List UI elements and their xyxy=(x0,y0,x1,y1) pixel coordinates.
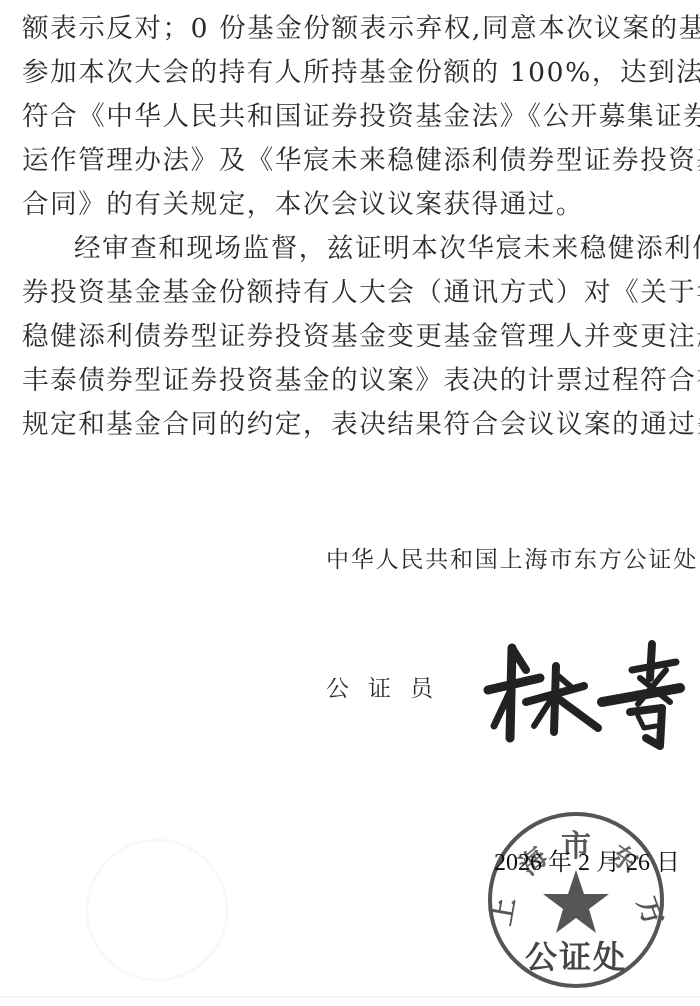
svg-text:上: 上 xyxy=(484,895,521,928)
paragraph-2-line-5: 规定和基金合同的约定，表决结果符合会议议案的通过条件。 xyxy=(22,410,682,440)
star-icon xyxy=(543,870,609,933)
seal-bottom-text: 公证处 xyxy=(525,938,627,976)
paragraph-2-line-4: 丰泰债券型证券投资基金的议案》表决的计票过程符合有关法律 xyxy=(22,366,682,396)
faint-seal-impression xyxy=(82,830,232,990)
notarization-date: 2026 年 2 月 26 日 xyxy=(494,842,680,877)
paragraph-1-line-3: 符合《中华人民共和国证券投资基金法》《公开募集证券投资基金 xyxy=(22,102,682,132)
paragraph-2-line-1: 经审查和现场监督，兹证明本次华宸未来稳健添利债券型证 xyxy=(74,234,682,264)
paragraph-1-line-4: 运作管理办法》及《华宸未来稳健添利债券型证券投资基金基金 xyxy=(22,146,682,176)
paragraph-1-line-1: 额表示反对；0 份基金份额表示弃权,同意本次议案的基金份额占 xyxy=(22,14,682,44)
svg-text:方: 方 xyxy=(631,892,668,930)
handwritten-signature xyxy=(480,630,690,750)
paragraph-1-line-5: 合同》的有关规定，本次会议议案获得通过。 xyxy=(22,190,682,220)
paragraph-2-line-2: 券投资基金基金份额持有人大会（通讯方式）对《关于华宸未来 xyxy=(22,278,682,308)
official-seal: 市 海 东 上 方 公证处 xyxy=(484,808,668,992)
notary-office-name: 中华人民共和国上海市东方公证处 xyxy=(326,541,698,574)
notary-label: 公证员 xyxy=(326,670,452,703)
paragraph-1-line-2: 参加本次大会的持有人所持基金份额的 100%，达到法定条件， xyxy=(22,58,682,88)
page-bottom-edge xyxy=(0,996,700,998)
paragraph-2-line-3: 稳健添利债券型证券投资基金变更基金管理人并变更注册为富国 xyxy=(22,322,682,352)
